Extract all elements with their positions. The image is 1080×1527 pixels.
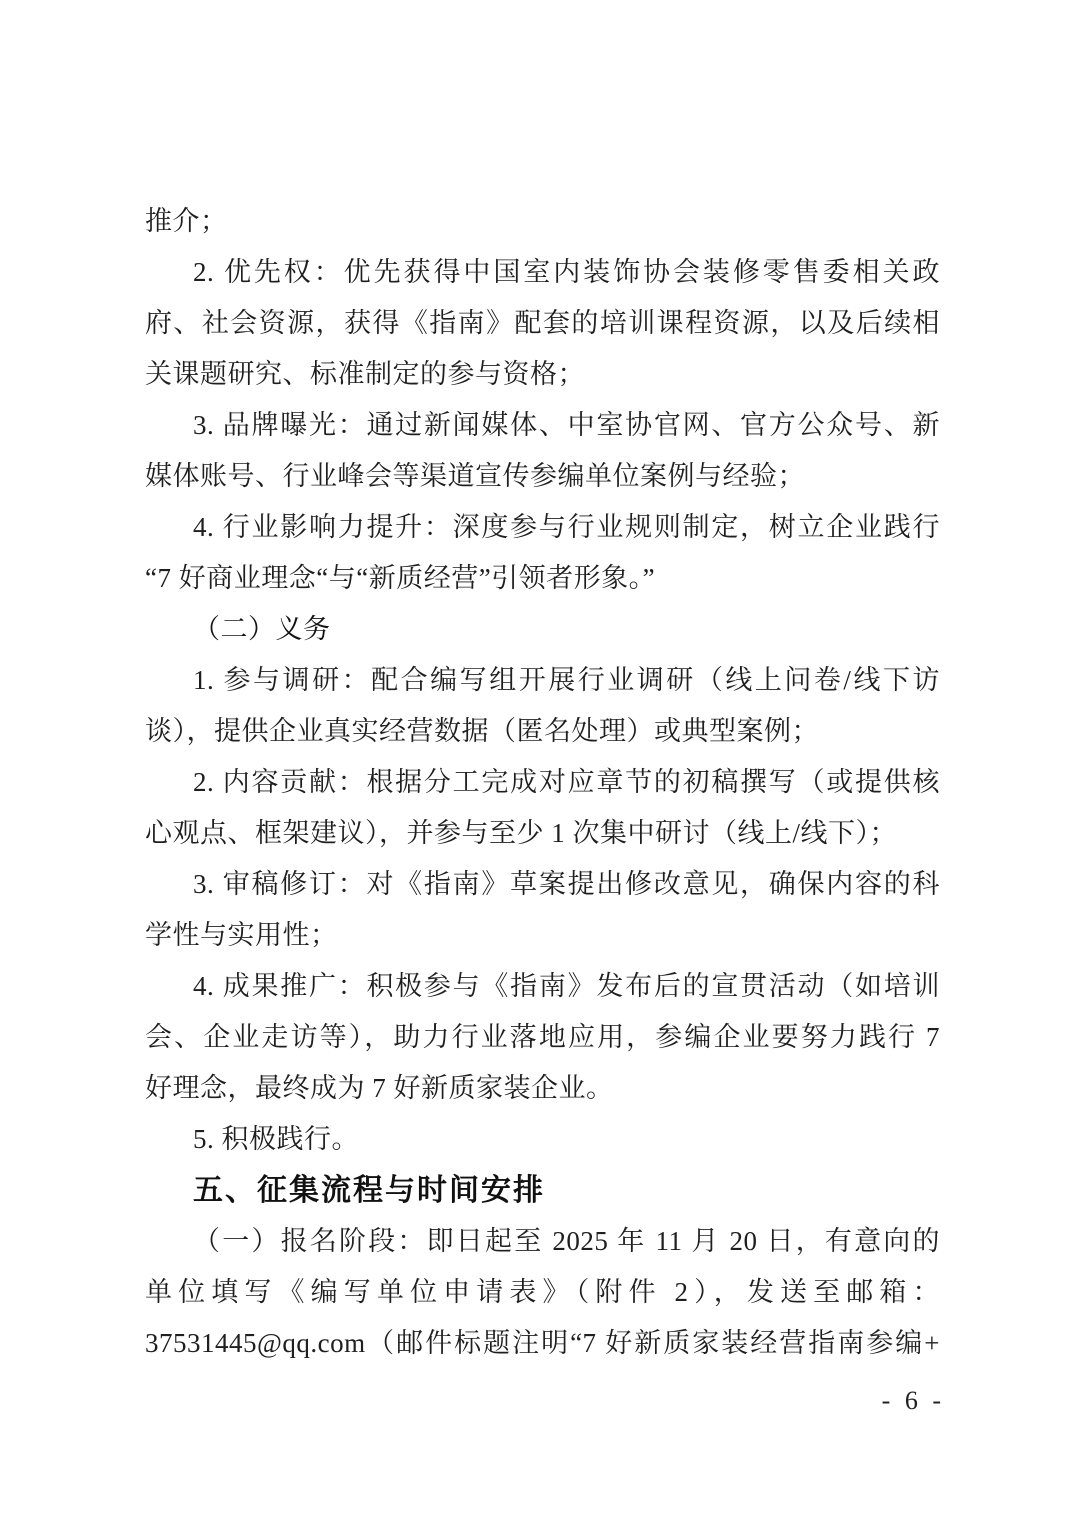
text-line: 府、社会资源，获得《指南》配套的培训课程资源，以及后续相 [145,298,940,349]
document-body: 推介；2. 优先权：优先获得中国室内装饰协会装修零售委相关政府、社会资源，获得《… [145,196,940,1369]
paragraph: （一）报名阶段：即日起至 2025 年 11 月 20 日，有意向的单位填写《编… [145,1216,940,1369]
document-page: 推介；2. 优先权：优先获得中国室内装饰协会装修零售委相关政府、社会资源，获得《… [0,0,1080,1527]
paragraph: 4. 行业影响力提升：深度参与行业规则制定，树立企业践行“7 好商业理念“与“新… [145,502,940,604]
text-line: 五、征集流程与时间安排 [145,1165,940,1216]
paragraph: 3. 审稿修订：对《指南》草案提出修改意见，确保内容的科学性与实用性； [145,859,940,961]
text-line: 5. 积极践行。 [145,1114,940,1165]
section-heading: 五、征集流程与时间安排 [145,1165,940,1216]
paragraph: 2. 内容贡献：根据分工完成对应章节的初稿撰写（或提供核心观点、框架建议），并参… [145,757,940,859]
text-line: 单位填写《编写单位申请表》（附件 2），发送至邮箱： [145,1267,940,1318]
paragraph: 3. 品牌曝光：通过新闻媒体、中室协官网、官方公众号、新媒体账号、行业峰会等渠道… [145,400,940,502]
paragraph: 5. 积极践行。 [145,1114,940,1165]
text-line: “7 好商业理念“与“新质经营”引领者形象。” [145,553,940,604]
text-line: 2. 内容贡献：根据分工完成对应章节的初稿撰写（或提供核 [145,757,940,808]
text-line: 媒体账号、行业峰会等渠道宣传参编单位案例与经验； [145,451,940,502]
text-line: 学性与实用性； [145,910,940,961]
text-line: 心观点、框架建议），并参与至少 1 次集中研讨（线上/线下）； [145,808,940,859]
text-line: 3. 品牌曝光：通过新闻媒体、中室协官网、官方公众号、新 [145,400,940,451]
paragraph: 推介； [145,196,940,247]
paragraph: 4. 成果推广：积极参与《指南》发布后的宣贯活动（如培训会、企业走访等），助力行… [145,961,940,1114]
text-line: 1. 参与调研：配合编写组开展行业调研（线上问卷/线下访 [145,655,940,706]
text-line: 2. 优先权：优先获得中国室内装饰协会装修零售委相关政 [145,247,940,298]
text-line: （一）报名阶段：即日起至 2025 年 11 月 20 日，有意向的 [145,1216,940,1267]
page-number: - 6 - [882,1385,945,1417]
sub-heading: （二）义务 [145,604,940,655]
text-line: （二）义务 [145,604,940,655]
paragraph: 1. 参与调研：配合编写组开展行业调研（线上问卷/线下访谈），提供企业真实经营数… [145,655,940,757]
text-line: 4. 行业影响力提升：深度参与行业规则制定，树立企业践行 [145,502,940,553]
text-line: 关课题研究、标准制定的参与资格； [145,349,940,400]
text-line: 好理念，最终成为 7 好新质家装企业。 [145,1063,940,1114]
text-line: 4. 成果推广：积极参与《指南》发布后的宣贯活动（如培训 [145,961,940,1012]
text-line: 37531445@qq.com（邮件标题注明“7 好新质家装经营指南参编+ [145,1318,940,1369]
text-line: 会、企业走访等），助力行业落地应用，参编企业要努力践行 7 [145,1012,940,1063]
text-line: 谈），提供企业真实经营数据（匿名处理）或典型案例； [145,706,940,757]
text-line: 推介； [145,196,940,247]
text-line: 3. 审稿修订：对《指南》草案提出修改意见，确保内容的科 [145,859,940,910]
paragraph: 2. 优先权：优先获得中国室内装饰协会装修零售委相关政府、社会资源，获得《指南》… [145,247,940,400]
